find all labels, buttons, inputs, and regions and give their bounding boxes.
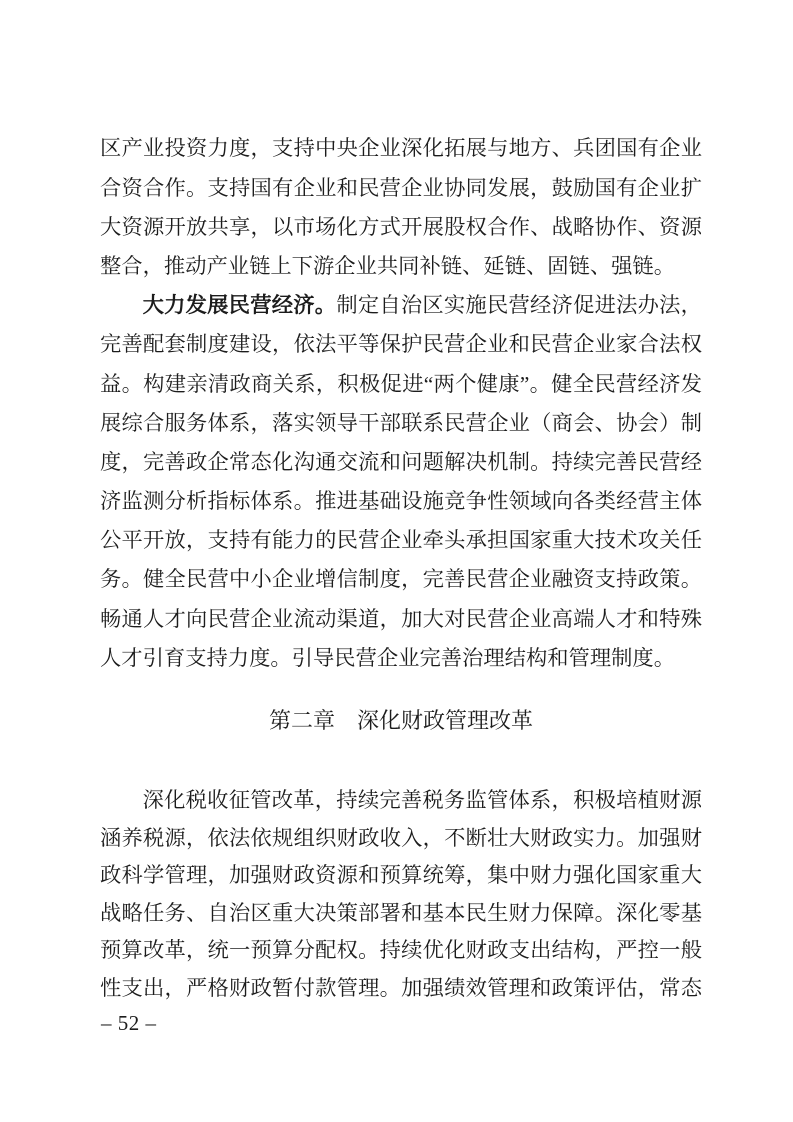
body-line: 人才引育支持力度。引导民营企业完善治理结构和管理制度。 xyxy=(100,639,702,678)
bold-run-in-heading: 大力发展民营经济。 xyxy=(143,293,337,317)
body-line: 完善配套制度建设，依法平等保护民营企业和民营企业家合法权 xyxy=(100,325,702,364)
body-line: 政科学管理，加强财政资源和预算统筹，集中财力强化国家重大 xyxy=(100,857,702,895)
body-line: 涵养税源，依法依规组织财政收入，不断壮大财政实力。加强财 xyxy=(100,820,702,858)
body-line: 大资源开放共享，以市场化方式开展股权合作、战略协作、资源 xyxy=(100,208,702,247)
body-line: 性支出，严格财政暂付款管理。加强绩效管理和政策评估，常态 xyxy=(100,970,702,1008)
document-page: 区产业投资力度，支持中央企业深化拓展与地方、兵团国有企业 合资合作。支持国有企业… xyxy=(0,0,793,1122)
body-line: 畅通人才向民营企业流动渠道，加大对民营企业高端人才和特殊 xyxy=(100,600,702,639)
body-line: 大力发展民营经济。制定自治区实施民营经济促进法办法， xyxy=(100,286,702,325)
body-text: 制定自治区实施民营经济促进法办法， xyxy=(336,293,702,317)
body-line: 深化税收征管改革，持续完善税务监管体系，积极培植财源 xyxy=(100,782,702,820)
body-line: 公平开放，支持有能力的民营企业牵头承担国家重大技术攻关任 xyxy=(100,521,702,560)
chapter-heading: 第二章 深化财政管理改革 xyxy=(100,701,702,741)
text-column: 区产业投资力度，支持中央企业深化拓展与地方、兵团国有企业 合资合作。支持国有企业… xyxy=(100,129,702,1007)
body-line: 济监测分析指标体系。推进基础设施竞争性领域向各类经营主体 xyxy=(100,482,702,521)
body-line: 整合，推动产业链上下游企业共同补链、延链、固链、强链。 xyxy=(100,247,702,286)
body-line: 区产业投资力度，支持中央企业深化拓展与地方、兵团国有企业 xyxy=(100,129,702,168)
body-line: 务。健全民营中小企业增信制度，完善民营企业融资支持政策。 xyxy=(100,560,702,599)
body-line: 展综合服务体系，落实领导干部联系民营企业（商会、协会）制 xyxy=(100,404,702,443)
body-line: 合资合作。支持国有企业和民营企业协同发展，鼓励国有企业扩 xyxy=(100,169,702,208)
body-line: 益。构建亲清政商关系，积极促进“两个健康”。健全民营经济发 xyxy=(100,365,702,404)
body-line: 度，完善政企常态化沟通交流和问题解决机制。持续完善民营经 xyxy=(100,443,702,482)
page-number: – 52 – xyxy=(101,1011,157,1036)
body-line: 预算改革，统一预算分配权。持续优化财政支出结构，严控一般 xyxy=(100,932,702,970)
body-line: 战略任务、自治区重大决策部署和基本民生财力保障。深化零基 xyxy=(100,895,702,933)
